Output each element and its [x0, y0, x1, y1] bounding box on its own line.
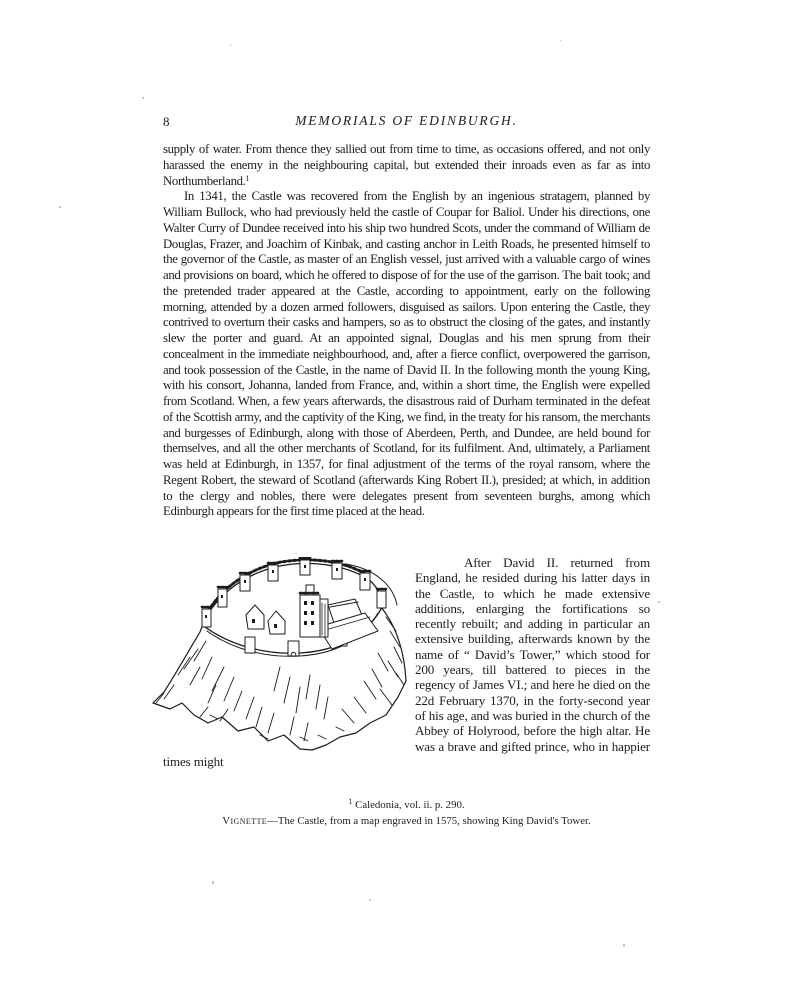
vignette-caption-label: Vignette	[222, 815, 267, 827]
davids-tower-keep	[246, 585, 378, 649]
footnotes: 1 Caledonia, vol. ii. p. 290. Vignette—T…	[163, 797, 650, 829]
scan-speck	[623, 944, 625, 947]
page-title: MEMORIALS OF EDINBURGH.	[163, 113, 650, 129]
scan-speck	[59, 206, 61, 208]
footnote-marker: 1	[246, 174, 250, 183]
scan-speck	[369, 899, 371, 901]
scan-speck	[142, 97, 144, 99]
vignette-section: After David II. returned from England, h…	[163, 555, 650, 769]
footnote-citation: 1 Caledonia, vol. ii. p. 290.	[163, 797, 650, 813]
book-page: 8 MEMORIALS OF EDINBURGH. supply of wate…	[0, 0, 790, 1000]
paragraph-1341: In 1341, the Castle was recovered from t…	[163, 189, 650, 520]
body-text: supply of water. From thence they sallie…	[163, 142, 650, 520]
scan-speck	[560, 40, 561, 41]
scan-speck	[212, 881, 214, 884]
scan-speck	[295, 553, 297, 554]
scan-speck	[658, 601, 660, 603]
paragraph-continuation: supply of water. From thence they sallie…	[163, 142, 650, 189]
running-head: 8 MEMORIALS OF EDINBURGH.	[163, 113, 650, 133]
rock-outline	[153, 564, 406, 750]
castle-vignette-illustration	[150, 557, 401, 753]
vignette-caption: Vignette—The Castle, from a map engraved…	[163, 813, 650, 829]
paragraph-continuation-text: supply of water. From thence they sallie…	[163, 142, 650, 188]
page-number: 8	[163, 114, 170, 130]
footnote-citation-text: Caledonia, vol. ii. p. 290.	[352, 799, 464, 811]
vignette-caption-text: —The Castle, from a map engraved in 1575…	[267, 815, 591, 827]
scan-speck	[230, 44, 231, 46]
castle-engraving-icon	[150, 557, 412, 751]
